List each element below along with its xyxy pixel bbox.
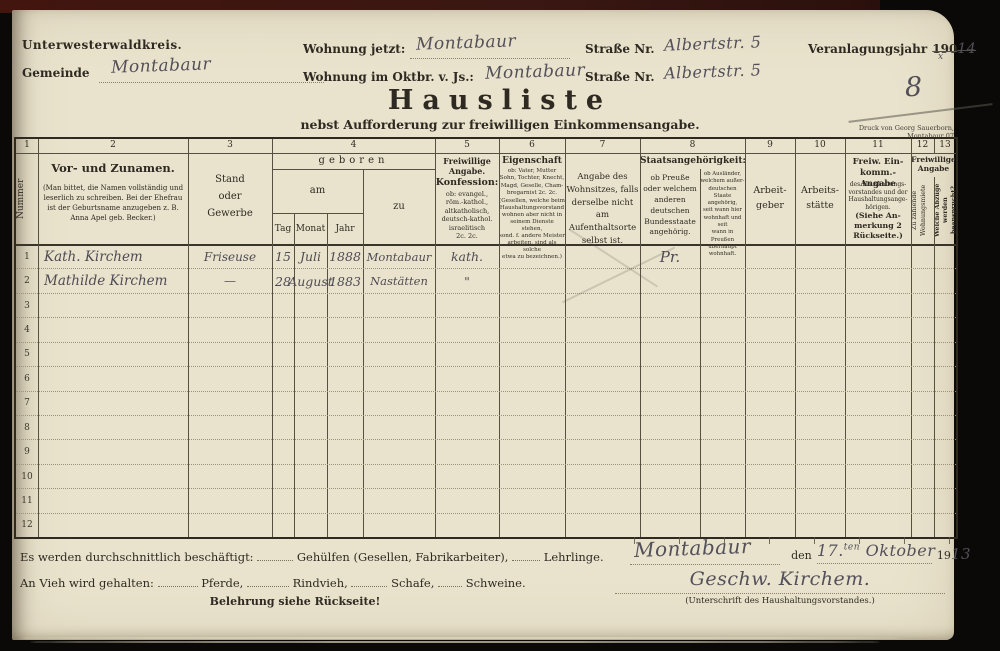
cell-konfession <box>435 514 499 537</box>
cell-jahr <box>327 343 363 366</box>
cell-stand: Friseuse <box>188 245 272 268</box>
cell-stand <box>188 318 272 341</box>
cell-staat_a <box>640 318 700 341</box>
col-number: 2 <box>38 139 188 153</box>
cell-monat: August <box>294 269 327 292</box>
cell-miete <box>911 343 934 366</box>
belehrung-note: Belehrung siehe Rückseite! <box>150 595 440 608</box>
cell-tag <box>272 367 294 390</box>
col-number: 11 <box>845 139 911 153</box>
header-staat-title: Staatsangehörigkeit: <box>640 156 745 166</box>
cell-tag <box>272 440 294 463</box>
header-konfession-bold1: Freiwillige Angabe. <box>435 156 499 176</box>
cell-zu <box>363 440 435 463</box>
cell-tag <box>272 465 294 488</box>
cell-name <box>38 367 188 390</box>
cell-zu <box>363 392 435 415</box>
cell-wohnsitz <box>565 392 640 415</box>
cell-zu <box>363 367 435 390</box>
cell-name <box>38 294 188 317</box>
signature-handwritten: Geschw. Kirchem. <box>690 568 871 590</box>
header-wohnsitz: Angabe des Wohnsitzes, falls derselbe ni… <box>565 171 640 248</box>
cell-wohnsitz <box>565 416 640 439</box>
veranlagung-year-printed: 190 <box>932 42 957 56</box>
cell-zu <box>363 489 435 512</box>
header-jahr: Jahr <box>327 224 363 234</box>
cell-stand <box>188 392 272 415</box>
cell-num: 2 <box>16 269 38 292</box>
rindvieh-label: Rindvieh, <box>293 576 348 590</box>
col-number: 13 <box>934 139 956 153</box>
wohnung-jetzt-value-handwritten: Montabaur <box>416 31 517 54</box>
cell-stand <box>188 343 272 366</box>
cell-abzuege <box>934 269 956 292</box>
cell-einkommen <box>845 416 911 439</box>
page-stack-edge <box>30 641 880 643</box>
cell-staat_b <box>700 269 745 292</box>
cell-abzuege <box>934 343 956 366</box>
signature-line <box>615 592 945 594</box>
cell-jahr <box>327 367 363 390</box>
col-number: 9 <box>745 139 795 153</box>
cell-name: Mathilde Kirchem <box>38 269 188 292</box>
cell-name <box>38 514 188 537</box>
cell-num: 4 <box>16 318 38 341</box>
pencil-x-mark: x <box>938 52 944 62</box>
page-stack-edge <box>20 637 900 639</box>
header-arbeitgeber: Arbeit- geber <box>745 183 795 213</box>
cell-arbeitgeber <box>745 294 795 317</box>
cell-monat <box>294 514 327 537</box>
cell-eigenschaft <box>499 343 565 366</box>
cell-einkommen <box>845 489 911 512</box>
cell-arbeitgeber <box>745 392 795 415</box>
cell-eigenschaft <box>499 294 565 317</box>
schafe-count-blank <box>351 576 387 587</box>
cell-miete <box>911 294 934 317</box>
cell-zu <box>363 514 435 537</box>
cell-stand <box>188 294 272 317</box>
cell-name <box>38 416 188 439</box>
cell-num: 1 <box>16 245 38 268</box>
cell-wohnsitz <box>565 465 640 488</box>
header-einkommen-bold2: (Siehe An- merkung 2 Rückseite.) <box>845 211 911 241</box>
cell-stand <box>188 367 272 390</box>
col-number: 3 <box>188 139 272 153</box>
rindvieh-count-blank <box>247 576 289 587</box>
cell-stand <box>188 440 272 463</box>
cell-eigenschaft <box>499 318 565 341</box>
cell-zu <box>363 416 435 439</box>
cell-stand <box>188 514 272 537</box>
header-name-note: (Man bittet, die Namen vollständig und l… <box>40 183 186 224</box>
strasse2-value-handwritten: Albertstr. 5 <box>663 60 761 82</box>
cell-staat_a <box>640 294 700 317</box>
table-row: 7 <box>16 392 956 416</box>
veranlagung-label: Veranlagungsjahr <box>808 42 927 56</box>
header-einkommen-note: des Haushaltungs- vorstandes und der Hau… <box>845 181 911 211</box>
cell-jahr <box>327 514 363 537</box>
cell-stand <box>188 489 272 512</box>
table-row: 2Mathilde Kirchem—28August1883Nastätten" <box>16 269 956 293</box>
grid-line <box>272 213 363 214</box>
cell-staat_b <box>700 367 745 390</box>
wohnung-okt-label: Wohnung im Oktbr. v. Js.: <box>303 70 474 84</box>
cell-jahr <box>327 465 363 488</box>
wohnung-okt-value-handwritten: Montabaur <box>485 60 586 83</box>
cell-jahr: 1883 <box>327 269 363 292</box>
cell-konfession <box>435 465 499 488</box>
cell-monat <box>294 367 327 390</box>
cell-jahr <box>327 294 363 317</box>
den-label: den <box>791 549 812 562</box>
cell-arbeitgeber <box>745 465 795 488</box>
schweine-label: Schweine. <box>466 576 526 590</box>
header-geboren: geboren <box>272 155 435 166</box>
cell-zu <box>363 465 435 488</box>
col-number: 5 <box>435 139 499 153</box>
cell-arbeitsstaette <box>795 343 845 366</box>
cell-eigenschaft <box>499 440 565 463</box>
cell-arbeitgeber <box>745 269 795 292</box>
schafe-label: Schafe, <box>391 576 434 590</box>
cell-einkommen <box>845 440 911 463</box>
cell-monat: Juli <box>294 245 327 268</box>
cell-arbeitsstaette <box>795 245 845 268</box>
header-staat-preusse: ob Preuße oder welchem anderen deutschen… <box>640 173 700 238</box>
cell-staat_b <box>700 440 745 463</box>
cell-wohnsitz <box>565 343 640 366</box>
hausliste-table: 1 2 3 4 5 6 7 8 9 10 11 12 13 Nummer Vor… <box>14 137 958 539</box>
year-handwritten: 13 <box>951 545 971 563</box>
cell-miete <box>911 367 934 390</box>
cell-num: 8 <box>16 416 38 439</box>
pferde-label: Pferde, <box>201 576 243 590</box>
cell-arbeitgeber <box>745 245 795 268</box>
cell-monat <box>294 416 327 439</box>
header-freiwillige-angabe: Freiwillige Angabe <box>911 155 956 174</box>
table-row: 4 <box>16 318 956 342</box>
cell-abzuege <box>934 416 956 439</box>
cell-miete <box>911 514 934 537</box>
grid-line <box>16 153 956 154</box>
cell-einkommen <box>845 294 911 317</box>
cell-arbeitgeber <box>745 367 795 390</box>
cell-eigenschaft <box>499 465 565 488</box>
cell-monat <box>294 294 327 317</box>
table-row: 1Kath. KirchemFriseuse15Juli1888Montabau… <box>16 245 956 269</box>
cell-staat_a <box>640 416 700 439</box>
cell-eigenschaft <box>499 245 565 268</box>
cell-tag <box>272 514 294 537</box>
header-nummer: Nummer <box>16 155 38 243</box>
cell-wohnsitz <box>565 294 640 317</box>
cell-name <box>38 343 188 366</box>
col-number: 6 <box>499 139 565 153</box>
cell-name <box>38 489 188 512</box>
cell-tag <box>272 318 294 341</box>
cell-zu: Nastätten <box>363 269 435 292</box>
cell-stand <box>188 416 272 439</box>
cell-arbeitsstaette <box>795 465 845 488</box>
table-row: 5 <box>16 343 956 367</box>
header-wohnungsmiete: Zu zahlende Wohnungsmiete <box>911 177 934 243</box>
cell-arbeitsstaette <box>795 392 845 415</box>
cell-abzuege <box>934 294 956 317</box>
cell-konfession <box>435 343 499 366</box>
cell-arbeitsstaette <box>795 367 845 390</box>
cell-num: 3 <box>16 294 38 317</box>
signature-caption: (Unterschrift des Haushaltungsvorstandes… <box>615 596 945 606</box>
cell-miete <box>911 416 934 439</box>
cell-einkommen <box>845 245 911 268</box>
cell-eigenschaft <box>499 416 565 439</box>
cell-jahr <box>327 416 363 439</box>
cell-konfession: kath. <box>435 245 499 268</box>
cell-staat_b <box>700 392 745 415</box>
cell-abzuege <box>934 440 956 463</box>
cell-abzuege <box>934 245 956 268</box>
cell-staat_b <box>700 489 745 512</box>
cell-wohnsitz <box>565 514 640 537</box>
cell-abzuege <box>934 465 956 488</box>
cell-wohnsitz <box>565 318 640 341</box>
cell-monat <box>294 343 327 366</box>
cell-stand <box>188 465 272 488</box>
cell-arbeitsstaette <box>795 416 845 439</box>
header-arbeitsstaette: Arbeits- stätte <box>795 183 845 213</box>
cell-num: 11 <box>16 489 38 512</box>
cell-abzuege <box>934 489 956 512</box>
cell-einkommen <box>845 343 911 366</box>
header-geboren-zu: zu <box>363 201 435 212</box>
cell-name: Kath. Kirchem <box>38 245 188 268</box>
cell-zu: Montabaur <box>363 245 435 268</box>
cell-wohnsitz <box>565 367 640 390</box>
cell-miete <box>911 269 934 292</box>
cell-miete <box>911 489 934 512</box>
cell-num: 9 <box>16 440 38 463</box>
cell-name <box>38 440 188 463</box>
cell-monat <box>294 440 327 463</box>
cell-konfession <box>435 294 499 317</box>
col-number: 7 <box>565 139 640 153</box>
pferde-count-blank <box>158 576 198 587</box>
cell-eigenschaft <box>499 269 565 292</box>
header-eigenschaft-note1: ob: Vater, Mutter Sohn, Tochter, Knecht,… <box>499 168 565 197</box>
cell-tag <box>272 294 294 317</box>
cell-monat <box>294 392 327 415</box>
cell-arbeitsstaette <box>795 440 845 463</box>
cell-jahr <box>327 489 363 512</box>
cell-einkommen <box>845 514 911 537</box>
form-subtitle: nebst Aufforderung zur freiwilligen Eink… <box>280 117 720 132</box>
cell-num: 6 <box>16 367 38 390</box>
cell-num: 5 <box>16 343 38 366</box>
livestock-label: An Vieh wird gehalten: <box>20 576 154 590</box>
signature-place-handwritten: Montabaur <box>634 534 752 562</box>
cell-eigenschaft <box>499 514 565 537</box>
cell-num: 10 <box>16 465 38 488</box>
cell-miete <box>911 465 934 488</box>
cell-konfession <box>435 416 499 439</box>
cell-zu <box>363 294 435 317</box>
grid-line <box>934 139 935 153</box>
table-row: 12 <box>16 514 956 537</box>
employed-lehrlinge-label: Lehrlinge. <box>544 550 604 564</box>
cell-abzuege <box>934 318 956 341</box>
cell-eigenschaft <box>499 489 565 512</box>
employed-gehilfen-label: Gehülfen (Gesellen, Fabrikarbeiter), <box>297 550 509 564</box>
col-number: 12 <box>911 139 934 153</box>
cell-miete <box>911 392 934 415</box>
cell-konfession <box>435 318 499 341</box>
cell-konfession: " <box>435 269 499 292</box>
cell-miete <box>911 318 934 341</box>
cell-tag: 15 <box>272 245 294 268</box>
cell-einkommen <box>845 367 911 390</box>
table-row: 11 <box>16 489 956 513</box>
cell-abzuege <box>934 392 956 415</box>
header-name-title: Vor- und Zunamen. <box>38 161 188 175</box>
col-number: 10 <box>795 139 845 153</box>
district-name: Unterwesterwaldkreis. <box>22 38 182 52</box>
table-row: 9 <box>16 440 956 464</box>
cell-miete <box>911 245 934 268</box>
cell-staat_a <box>640 440 700 463</box>
strasse1-value-handwritten: Albertstr. 5 <box>663 32 761 54</box>
cell-wohnsitz <box>565 440 640 463</box>
cell-arbeitsstaette <box>795 318 845 341</box>
cell-tag <box>272 392 294 415</box>
cell-arbeitsstaette <box>795 269 845 292</box>
header-konfession-bold2: Konfession: <box>435 177 499 188</box>
cell-jahr <box>327 392 363 415</box>
grid-line <box>272 169 435 170</box>
page-number-handwritten: 8 <box>904 72 923 104</box>
form-title: Hausliste <box>280 85 720 116</box>
table-row: 8 <box>16 416 956 440</box>
cell-staat_b <box>700 294 745 317</box>
cell-einkommen <box>845 465 911 488</box>
veranlagung-year-handwritten: 14 <box>957 41 976 57</box>
date-handwritten: 17.ten Oktober <box>817 541 936 560</box>
col-number: 4 <box>272 139 435 153</box>
cell-staat_b <box>700 318 745 341</box>
scanned-document-page: Unterwesterwaldkreis. Gemeinde Montabaur… <box>0 0 1000 651</box>
strasse2-label: Straße Nr. <box>585 70 655 84</box>
col-number: 1 <box>16 139 38 153</box>
header-tag: Tag <box>272 224 294 234</box>
cell-staat_b <box>700 343 745 366</box>
header-eigenschaft-title: Eigenschaft <box>499 156 565 166</box>
header-geboren-am: am <box>272 185 363 196</box>
cell-name <box>38 465 188 488</box>
cell-monat <box>294 465 327 488</box>
cell-konfession <box>435 440 499 463</box>
cell-staat_a <box>640 514 700 537</box>
wohnung-jetzt-label: Wohnung jetzt: <box>303 42 405 56</box>
col-number: 8 <box>640 139 745 153</box>
cell-arbeitgeber <box>745 416 795 439</box>
header-monat: Monat <box>294 224 327 234</box>
cell-jahr <box>327 440 363 463</box>
cell-name <box>38 392 188 415</box>
cell-stand: — <box>188 269 272 292</box>
cell-zu <box>363 343 435 366</box>
cell-staat_a <box>640 343 700 366</box>
table-body: 1Kath. KirchemFriseuse15Juli1888Montabau… <box>16 245 956 537</box>
cell-jahr: 1888 <box>327 245 363 268</box>
cell-arbeitsstaette <box>795 514 845 537</box>
cell-staat_b <box>700 465 745 488</box>
schweine-count-blank <box>438 576 462 587</box>
cell-einkommen <box>845 269 911 292</box>
cell-jahr <box>327 318 363 341</box>
cell-num: 7 <box>16 392 38 415</box>
cell-arbeitgeber <box>745 514 795 537</box>
cell-staat_a <box>640 465 700 488</box>
gemeinde-label: Gemeinde <box>22 66 90 80</box>
cell-einkommen <box>845 392 911 415</box>
cell-staat_a <box>640 489 700 512</box>
cell-zu <box>363 318 435 341</box>
lehrlinge-count-blank <box>512 550 540 561</box>
table-row: 3 <box>16 294 956 318</box>
cell-arbeitsstaette <box>795 489 845 512</box>
cell-arbeitgeber <box>745 318 795 341</box>
cell-wohnsitz <box>565 489 640 512</box>
year-printed: 19 <box>937 549 951 562</box>
cell-konfession <box>435 489 499 512</box>
cell-konfession <box>435 367 499 390</box>
cell-eigenschaft <box>499 392 565 415</box>
strasse1-label: Straße Nr. <box>585 42 655 56</box>
cell-monat <box>294 489 327 512</box>
cell-name <box>38 318 188 341</box>
cell-einkommen <box>845 318 911 341</box>
cell-miete <box>911 440 934 463</box>
cell-tag <box>272 489 294 512</box>
cell-staat_b <box>700 416 745 439</box>
cell-tag <box>272 343 294 366</box>
employed-count-blank <box>257 550 293 561</box>
cell-monat <box>294 318 327 341</box>
cell-tag <box>272 416 294 439</box>
cell-staat_b <box>700 245 745 268</box>
table-row: 6 <box>16 367 956 391</box>
cell-eigenschaft <box>499 367 565 390</box>
table-row: 10 <box>16 465 956 489</box>
employed-label: Es werden durchschnittlich beschäftigt: <box>20 550 254 564</box>
gemeinde-value-handwritten: Montabaur <box>110 54 211 77</box>
cell-abzuege <box>934 367 956 390</box>
header-konfession-note: ob: evangel., röm.-kathol., altkatholisc… <box>435 190 499 241</box>
header-stand: Stand oder Gewerbe <box>188 171 272 222</box>
cell-arbeitgeber <box>745 489 795 512</box>
cell-wohnsitz <box>565 245 640 268</box>
cell-num: 12 <box>16 514 38 537</box>
header-abzuege: Welche Abzüge werden beansprucht? <box>934 177 956 243</box>
cell-arbeitgeber <box>745 440 795 463</box>
cell-staat_a <box>640 392 700 415</box>
cell-abzuege <box>934 514 956 537</box>
cell-arbeitgeber <box>745 343 795 366</box>
cell-arbeitsstaette <box>795 294 845 317</box>
cell-staat_a <box>640 367 700 390</box>
cell-konfession <box>435 392 499 415</box>
